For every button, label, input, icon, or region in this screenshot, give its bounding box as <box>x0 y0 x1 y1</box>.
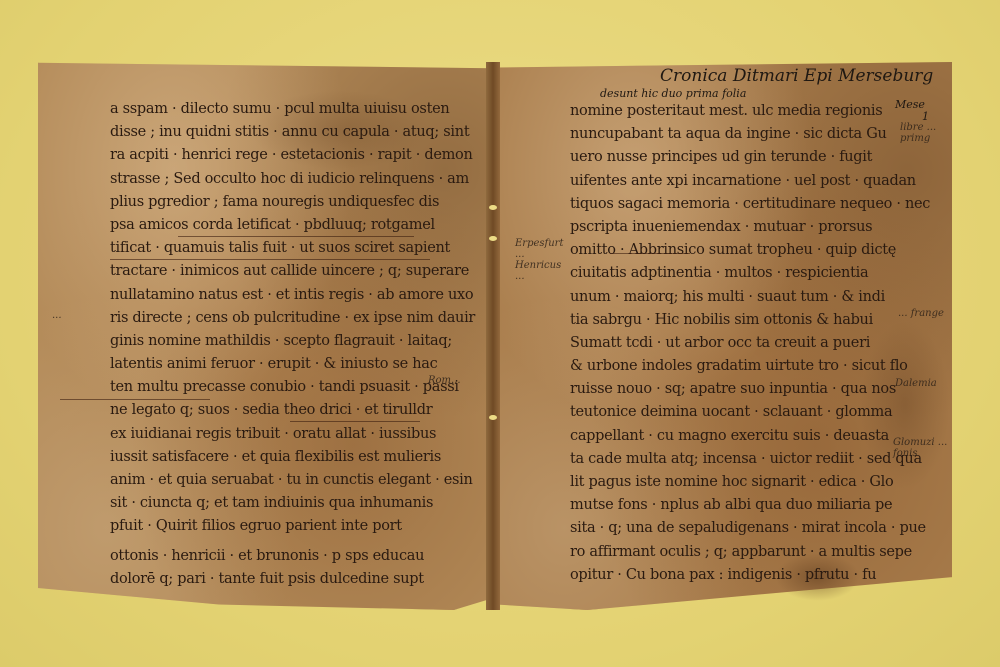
text-line: opitur · Cu bona pax : indigenis · pfrut… <box>570 564 930 587</box>
sewing-hole <box>489 236 497 241</box>
text-line: unum · maiorq; his multi · suaut tum · &… <box>570 286 930 309</box>
text-line: latentis animi feruor · erupit · & inius… <box>110 353 475 376</box>
text-line: pscripta inueniemendax · mutuar · prorsu… <box>570 216 930 239</box>
text-line: Sumatt tcdi · ut arbor occ ta creuit a p… <box>570 332 930 355</box>
right-margin-note: Glomuzi ... fonis <box>893 437 948 459</box>
text-line: tractare · inimicos aut callide uincere … <box>110 260 475 283</box>
text-line: lit pagus iste nomine hoc signarit · edi… <box>570 471 930 494</box>
right-margin-note: libre ... primg <box>900 122 945 144</box>
text-line: pfuit · Quirit filios egruo parient inte… <box>110 515 475 538</box>
text-line: ten multu precasse conubio · tandi psuas… <box>110 376 475 399</box>
text-line: iussit satisfacere · et quia flexibilis … <box>110 446 475 469</box>
text-line: tia sabrgu · Hic nobilis sim ottonis & h… <box>570 309 930 332</box>
missing-folios-note: desunt hic duo prima folia <box>600 87 746 100</box>
right-margin-note: ... frange <box>898 308 944 319</box>
text-line: plius pgredior ; fama nouregis undiquesf… <box>110 191 475 214</box>
text-line: disse ; inu quidni stitis · annu cu capu… <box>110 121 475 144</box>
text-line: ris directe ; cens ob pulcritudine · ex … <box>110 307 475 330</box>
text-line: ottonis · henricii · et brunonis · p sps… <box>110 545 475 568</box>
text-line: ne legato q; suos · sedia theo drici · e… <box>110 399 475 422</box>
underline-rule <box>110 259 430 260</box>
text-line: ta cade multa atq; incensa · uictor redi… <box>570 448 930 471</box>
left-page-text: a sspam · dilecto sumu · pcul multa uiui… <box>110 98 475 591</box>
text-line: tiquos sagaci memoria · certitudinare ne… <box>570 193 930 216</box>
gutter-margin-note: Erpesfurt ... Henricus ... <box>515 238 565 282</box>
text-line: strasse ; Sed occulto hoc di iudicio rel… <box>110 168 475 191</box>
text-line: teutonice deimina uocant · sclauant · gl… <box>570 401 930 424</box>
chronicle-title-note: Cronica Ditmari Epi Merseburg <box>660 66 933 86</box>
text-line: a sspam · dilecto sumu · pcul multa uiui… <box>110 98 475 121</box>
right-page-text: nomine posteritaut mest. ulc media regio… <box>570 100 930 587</box>
text-line: ginis nomine mathildis · scepto flagraui… <box>110 330 475 353</box>
sewing-hole <box>489 415 497 420</box>
text-line: ruisse nouo · sq; apatre suo inpuntia · … <box>570 378 930 401</box>
text-line: dolorē q; pari · tante fuit psis dulcedi… <box>110 568 475 591</box>
text-line: ra acpiti · henrici rege · estetacionis … <box>110 144 475 167</box>
underline-rule <box>178 236 414 237</box>
text-line: nullatamino natus est · et intis regis ·… <box>110 284 475 307</box>
right-margin-note: Dalemia <box>895 378 937 389</box>
text-line: & urbone indoles gradatim uirtute tro · … <box>570 355 930 378</box>
text-line: psa amicos corda letificat · pbdluuq; ro… <box>110 214 475 237</box>
text-line: tificat · quamuis talis fuit · ut suos s… <box>110 237 475 260</box>
text-line: sit · ciuncta q; et tam indiuinis qua in… <box>110 492 475 515</box>
left-far-note: ... <box>52 310 62 321</box>
binding-gutter <box>486 62 500 610</box>
underline-rule <box>290 421 420 422</box>
text-line: anim · et quia seruabat · tu in cunctis … <box>110 469 475 492</box>
text-line: nuncupabant ta aqua da ingine · sic dict… <box>570 123 930 146</box>
underline-rule <box>610 253 690 254</box>
underline-rule <box>60 399 210 400</box>
text-line: nomine posteritaut mest. ulc media regio… <box>570 100 930 123</box>
text-line: uifentes ante xpi incarnatione · uel pos… <box>570 170 930 193</box>
text-line: uero nusse principes ud gin terunde · fu… <box>570 146 930 169</box>
text-line: omitto · Abbrinsico sumat tropheu · quip… <box>570 239 930 262</box>
text-line: cappellant · cu magno exercitu suis · de… <box>570 425 930 448</box>
text-line: sita · q; una de sepaludigenans · mirat … <box>570 517 930 540</box>
text-line: ex iuidianai regis tribuit · oratu allat… <box>110 423 475 446</box>
text-line: ro affirmant oculis ; q; appbarunt · a m… <box>570 541 930 564</box>
sewing-hole <box>489 205 497 210</box>
left-outer-note: Rom... <box>428 375 461 386</box>
text-line: mutse fons · nplus ab albi qua duo milia… <box>570 494 930 517</box>
text-line: ciuitatis adptinentia · multos · respici… <box>570 262 930 285</box>
